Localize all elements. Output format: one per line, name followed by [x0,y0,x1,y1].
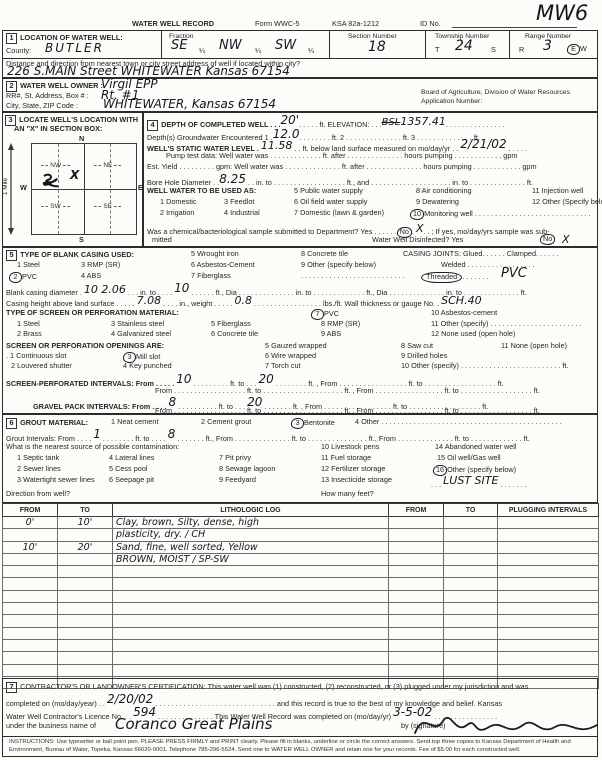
opening-option-10: 10 Other (specify) . . . . . . . . . . .… [401,362,568,371]
fraction-1: SE [171,38,187,53]
screen-interval-to: 20 [258,372,273,386]
plug-from [389,541,444,553]
certification-line-1: 7CONTRACTOR'S OR LANDOWNER'S CERTIFICATI… [6,682,528,693]
elevation-struck-text: BSL [382,117,401,129]
col-from-2: FROM [389,504,444,517]
casing-height-value: 7.08 [137,294,162,307]
col-to-2: TO [444,504,498,517]
log-from [3,590,58,602]
plug-to [444,578,498,590]
log-to [58,664,113,676]
log-desc: BROWN, MOIST / SP-SW [113,553,389,565]
plug-desc [498,517,599,529]
plug-to [444,566,498,578]
business-name-value: Coranco Great Plains [115,715,272,733]
threaded-circle: Threaded [421,272,462,283]
county-value: BUTLER [45,41,104,55]
grout-to-value: 8 [168,427,176,441]
opening-option-4: 4 Key punched [123,362,172,371]
contamination-7: 7 Pit privy [219,454,251,463]
quarter-2: ¼ [255,47,261,56]
ne-label: NE [103,162,112,169]
well-x-mark: X [70,168,79,182]
section-box-diagram: NW NE SW SE X [31,143,137,235]
locator-title-2: AN "X" IN SECTION BOX: [14,125,102,134]
plug-from [389,664,444,676]
screen-option-6: 6 Concrete tile [211,330,258,339]
opening-option-5: 5 Gauzed wrapped [265,342,327,351]
casing-joints-label: CASING JOINTS: Glued. . . . . . Clamped.… [403,250,558,259]
grout-title: 6GROUT MATERIAL: [6,418,88,429]
signature-scrawl [411,703,601,743]
plug-to [444,590,498,602]
col-from-1: FROM [3,504,58,517]
lithologic-log-table: FROM TO LITHOLOGIC LOG FROM TO PLUGGING … [2,503,599,689]
township-s: S [491,46,496,55]
section-number-value: 18 [368,39,386,55]
ksa-statute: KSA 82a-1212 [332,20,379,29]
city-value: WHITEWATER, Kansas 67154 [103,97,276,111]
dotted-leader: . . . [431,480,443,489]
bore-hole-diameter: 8.25 [219,172,246,186]
log-from [3,627,58,639]
disinfected-label: Water Well Disinfected? Yes [372,236,463,245]
plug-desc [498,553,599,565]
log-from: 10' [3,541,58,553]
plug-from [389,566,444,578]
depth-label: DEPTH OF COMPLETED WELL . . . [161,120,280,129]
certification-text: CONTRACTOR'S OR LANDOWNER'S CERTIFICATIO… [20,682,528,691]
log-row [3,590,599,602]
se-label: SE [103,203,112,210]
gauge-value: SCH.40 [441,294,481,307]
pvc-circle: 2 [9,272,22,283]
contamination-1: 1 Septic tank [17,454,59,463]
section-1-location: 1LOCATION OF WATER WELL: County: BUTLER … [2,30,598,78]
id-no-label: ID No. [420,20,441,29]
elevation-value: 1357.41 [400,115,446,128]
quadrant-sw: SW [39,203,71,210]
log-to: 20' [58,541,113,553]
opening-option-1: . 1 Continuous slot [6,352,66,361]
application-number-label: Application Number: [421,98,482,106]
fraction-3: SW [275,38,296,53]
township-value: 24 [455,38,473,54]
section-7-number: 7 [6,682,17,693]
contamination-4: 4 Lateral lines [109,454,154,463]
township-t: T [435,46,439,55]
plug-desc [498,566,599,578]
plug-to [444,652,498,664]
log-from [3,529,58,541]
nw-label: NW [50,162,61,169]
plug-desc [498,590,599,602]
sw-label: SW [50,203,60,210]
section-5-casing: 5TYPE OF BLANK CASING USED: 5 Wrought ir… [2,247,598,414]
opening-option-9: 9 Drilled holes [401,352,447,361]
log-row [3,566,599,578]
screen-option-12: 12 None used (open hole) [431,330,515,339]
section-3-locator: 3LOCATE WELL'S LOCATION WITH AN "X" IN S… [2,112,143,247]
plug-to [444,639,498,651]
pen-scribble [40,170,62,192]
opening-option-2: 2 Louvered shutter [11,362,72,371]
screen-intervals-label: SCREEN-PERFORATED INTERVALS: From . . . … [6,379,176,388]
contamination-13: 13 Insecticide storage [321,476,392,485]
casing-depth-value: 10 [174,281,189,295]
range-w: W [580,44,587,53]
use-option-3: 3 Feedlot [224,198,254,207]
completed-on-label: completed on (mo/day/year) . . [6,699,107,708]
casing-option-7: 7 Fiberglass [191,272,231,281]
screen-material-title: TYPE OF SCREEN OR PERFORATION MATERIAL: [6,309,179,318]
use-option-1: 1 Domestic [160,198,197,207]
range-ew: EW [567,44,587,55]
log-desc [113,627,389,639]
plug-from [389,553,444,565]
grout-option-4: 4 Other . . . . . . . . . . . . . . . . … [355,418,562,427]
col-lithologic-log: LITHOLOGIC LOG [113,504,389,517]
bentonite-label: Bentonite [304,418,335,427]
use-option-9: 9 Dewatering [416,198,459,207]
log-desc [113,603,389,615]
screen-option-8: 8 RMP (SR) [321,320,360,329]
contamination-15: 15 Oil well/Gas well [437,454,501,463]
plug-to [444,627,498,639]
address-label: RR#, St. Address, Box # : [6,92,89,101]
dotted-leader: . . in. to . . . . . . . . . . . . . . .… [246,178,533,187]
screen-intervals-line-2: From . . . . . . . . . . . . . . . . . .… [155,387,540,396]
plug-from [389,639,444,651]
monitoring-well-circle: 10 [410,209,424,220]
log-desc [113,664,389,676]
casing-option-9: 9 Other (specify below) [301,261,376,270]
use-option-7: 7 Domestic (lawn & garden) [294,209,384,218]
plug-desc [498,615,599,627]
weight-label: . . . . in., weight . . . . . [161,299,234,308]
contamination-9: 9 Feedyard [219,476,256,485]
log-desc [113,615,389,627]
use-option-5: 5 Public water supply [294,187,363,196]
quarter-3: ¼ [308,47,314,56]
log-to [58,590,113,602]
log-to [58,566,113,578]
contamination-12: 12 Fertilizer storage [321,465,385,474]
use-option-6: 6 Oil field water supply [294,198,367,207]
log-to [58,615,113,627]
divider [509,31,510,58]
quadrant-ne: NE [92,162,123,169]
contamination-11: 11 Fuel storage [321,454,371,463]
id-no-blank [452,27,577,28]
weight-value: 0.8 [235,294,253,307]
well-id-handwritten: MW6 [536,1,588,25]
log-row [3,664,599,676]
log-desc [113,639,389,651]
section-1-number: 1 [6,33,17,44]
plug-desc [498,652,599,664]
plug-to [444,615,498,627]
log-row [3,627,599,639]
log-header-row: FROM TO LITHOLOGIC LOG FROM TO PLUGGING … [3,504,599,517]
log-desc [113,652,389,664]
casing-option-1: 1 Steel [17,261,40,270]
log-from [3,578,58,590]
log-desc [113,590,389,602]
range-r: R [519,46,524,55]
disinfected-no: No [540,234,555,245]
screen-option-9: 9 ABS [321,330,341,339]
mitted-text: mitted [152,236,172,245]
use-option-12: 12 Other (Specify below) [532,198,602,207]
section-5-number: 5 [6,250,17,261]
contamination-5: 5 Cess pool [109,465,148,474]
log-from [3,639,58,651]
divider [329,31,330,58]
log-row [3,603,599,615]
grout-option-3-circled: 3Bentonite [291,418,335,429]
log-row [3,652,599,664]
grout-option-1: 1 Neat cement [111,418,158,427]
pump-test-line: Pump test data: Well water was . . . . .… [166,152,517,161]
log-row: BROWN, MOIST / SP-SW [3,553,599,565]
screen-option-11: 11 Other (specify) . . . . . . . . . . .… [431,320,582,329]
plug-to [444,553,498,565]
log-desc [113,566,389,578]
use-option-4: 4 Industrial [224,209,260,218]
monitoring-well-label: Monitoring well [424,209,473,218]
other-specify-dots: . . . . . . . . . . . . . . . . . . . . … [301,272,404,281]
one-mile-label: 1 Mile [2,178,9,195]
contamination-14: 14 Abandoned water well [435,443,517,452]
plug-desc [498,578,599,590]
casing-option-4: 4 ABS [81,272,101,281]
range-e-circled: E [567,44,580,55]
county-label: County: [6,47,31,56]
section-6-number: 6 [6,418,17,429]
plug-from [389,652,444,664]
business-name-label: under the business name of [6,722,96,731]
use-title: WELL WATER TO BE USED AS: [147,187,256,196]
log-row [3,578,599,590]
section-2-owner: 2WATER WELL OWNER : Virgil EPP RR#, St. … [2,78,598,112]
threaded-circled: Threaded. . . . . . . [421,272,489,283]
contamination-2: 2 Sewer lines [17,465,61,474]
quarter-line-right [110,144,111,234]
screen-interval-from: 10 [176,372,191,386]
plug-desc [498,603,599,615]
dotted-leader: . . . . . . . . . . . . . . . . . . . . … [473,209,591,218]
direction-from-well-label: Direction from well? [6,490,70,499]
dotted-leader: . . . . . . . . . . . . . . . [446,120,505,129]
use-option-8: 8 Air conditioning [416,187,472,196]
lust-site-value: LUST SITE [443,474,498,487]
opening-option-8: 8 Saw cut [401,342,433,351]
log-to [58,553,113,565]
disinfected-no-circled: No [540,234,555,245]
opening-option-11: 11 None (open hole) [501,342,567,351]
log-to [58,639,113,651]
plug-from [389,529,444,541]
col-to-1: TO [58,504,113,517]
plug-desc [498,541,599,553]
contamination-8: 8 Sewage lagoon [219,465,275,474]
compass-s: S [79,236,84,245]
bentonite-circle: 3 [291,418,304,429]
log-row [3,639,599,651]
screen-option-5: 5 Fiberglass [211,320,251,329]
plug-from [389,578,444,590]
form-number: Form WWC-5 [255,20,300,29]
log-row: 10'20'Sand, fine, well sorted, Yellow [3,541,599,553]
plug-to [444,664,498,676]
screen-option-1: 1 Steel [17,320,40,329]
casing-height-label: Casing height above land surface . . . .… [6,299,137,308]
openings-title: SCREEN OR PERFORATION OPENINGS ARE: [6,342,164,351]
screen-pvc-label: PVC [324,309,339,318]
use-option-2: 2 Irrigation [160,209,194,218]
use-option-10-circled: 10Monitoring well . . . . . . . . . . . … [410,209,590,220]
use-option-11: 11 Injection well [532,187,583,196]
casing-option-3: 3 RMP (SR) [81,261,120,270]
grout-from-value: 1 [93,427,101,441]
disinfected-x-mark: X [562,233,570,246]
how-many-feet-label: How many feet? [321,490,374,499]
compass-w: W [20,184,27,193]
log-to: 10' [58,517,113,529]
section-7-certification: 7CONTRACTOR'S OR LANDOWNER'S CERTIFICATI… [2,678,598,757]
sample-line: Was a chemical/bacteriological sample su… [147,224,550,238]
form-title: WATER WELL RECORD [132,20,214,29]
opening-option-6: 6 Wire wrapped [265,352,316,361]
dotted-leader: . . . . . . . [498,480,526,489]
city-label: City, State, ZIP Code : [6,102,78,111]
log-to [58,603,113,615]
pvc-label: PVC [22,272,37,281]
water-well-record-form: WATER WELL RECORD Form WWC-5 KSA 82a-121… [0,0,602,760]
log-desc: Clay, brown, Silty, dense, high [113,517,389,529]
divider [425,31,426,58]
plug-from [389,590,444,602]
log-to [58,529,113,541]
range-value: 3 [543,38,552,54]
screen-option-3: 3 Stainless steel [111,320,164,329]
plug-to [444,517,498,529]
divider [3,736,597,737]
plug-to [444,541,498,553]
screen-option-4: 4 Galvanized steel [111,330,171,339]
log-from [3,615,58,627]
wall-thickness-label: . . . . . . . . . . . . . . . . . lbs./f… [252,299,441,308]
mill-slot-label: Mill slot [136,352,160,361]
casing-option-6: 6 Asbestos-Cement [191,261,255,270]
depth-value: 20' [281,113,300,127]
section-6-grout: 6GROUT MATERIAL: 1 Neat cement 2 Cement … [2,414,598,503]
sample-question: Was a chemical/bacteriological sample su… [147,227,397,236]
elevation-label: . . . . . ft. ELEVATION: . . . [299,120,381,129]
sample-x-mark: X [416,222,424,235]
opening-option-7: 7 Torch cut [265,362,301,371]
log-to [58,627,113,639]
log-desc [113,578,389,590]
log-row: plasticity, dry. / CH [3,529,599,541]
fraction-2: NW [219,38,242,53]
log-to [58,578,113,590]
contamination-6: 6 Seepage pit [109,476,154,485]
distance-value: 226 S.MAIN Street WHITEWATER Kansas 6715… [7,64,290,78]
plug-to [444,603,498,615]
log-from [3,664,58,676]
other-source-label: Other (specify below) [447,465,516,474]
quadrant-se: SE [92,203,123,210]
instructions-line-2: Environment, Bureau of Water, Topeka, Ka… [9,747,520,753]
casing-diameter-value: 10 2.06 [84,283,126,296]
instructions-line-1: INSTRUCTIONS: Use typewriter or ball poi… [9,739,571,745]
screen-option-10: 10 Asbestos-cement [431,309,497,318]
plug-desc [498,639,599,651]
dotted-leader: . . . . . . . [462,272,488,281]
plug-from [389,517,444,529]
log-desc: plasticity, dry. / CH [113,529,389,541]
log-row: 0'10'Clay, brown, Silty, dense, high [3,517,599,529]
casing-option-5: 5 Wrought iron [191,250,239,259]
log-from [3,652,58,664]
quarter-1: ¼ [199,47,205,56]
contamination-10: 10 Livestock pens [321,443,379,452]
divider [161,31,162,58]
est-yield-line: Est. Yield . . . . . . . . . gpm: Well w… [147,163,537,172]
quadrant-nw: NW [39,162,72,169]
log-desc: Sand, fine, well sorted, Yellow [113,541,389,553]
log-row [3,615,599,627]
plug-desc [498,664,599,676]
measured-date: 2/21/02 [460,137,506,151]
grout-option-2: 2 Cement grout [201,418,251,427]
plug-desc [498,529,599,541]
log-from: 0' [3,517,58,529]
log-from [3,553,58,565]
contamination-question: What is the nearest source of possible c… [6,443,179,452]
log-from [3,603,58,615]
casing-option-2-circled: 2PVC [9,272,37,283]
log-to [58,652,113,664]
plug-desc [498,627,599,639]
plug-from [389,627,444,639]
gravel-pack-label: GRAVEL PACK INTERVALS: From . . . . [33,402,169,411]
plug-to [444,529,498,541]
other-source-value-line: . . . LUST SITE . . . . . . . [431,477,527,490]
screen-option-2: 2 Brass [17,330,42,339]
contamination-3: 3 Watertight sewer lines [17,476,95,485]
casing-option-8: 8 Concrete tile [301,250,348,259]
log-from [3,566,58,578]
col-plugging-intervals: PLUGGING INTERVALS [498,504,599,517]
board-of-agriculture-text: Board of Agriculture, Division of Water … [421,89,570,97]
plug-from [389,615,444,627]
section-4-depth: 4DEPTH OF COMPLETED WELL . . .20'. . . .… [143,112,598,247]
plug-from [389,603,444,615]
joints-pvc-value: PVC [501,266,527,281]
